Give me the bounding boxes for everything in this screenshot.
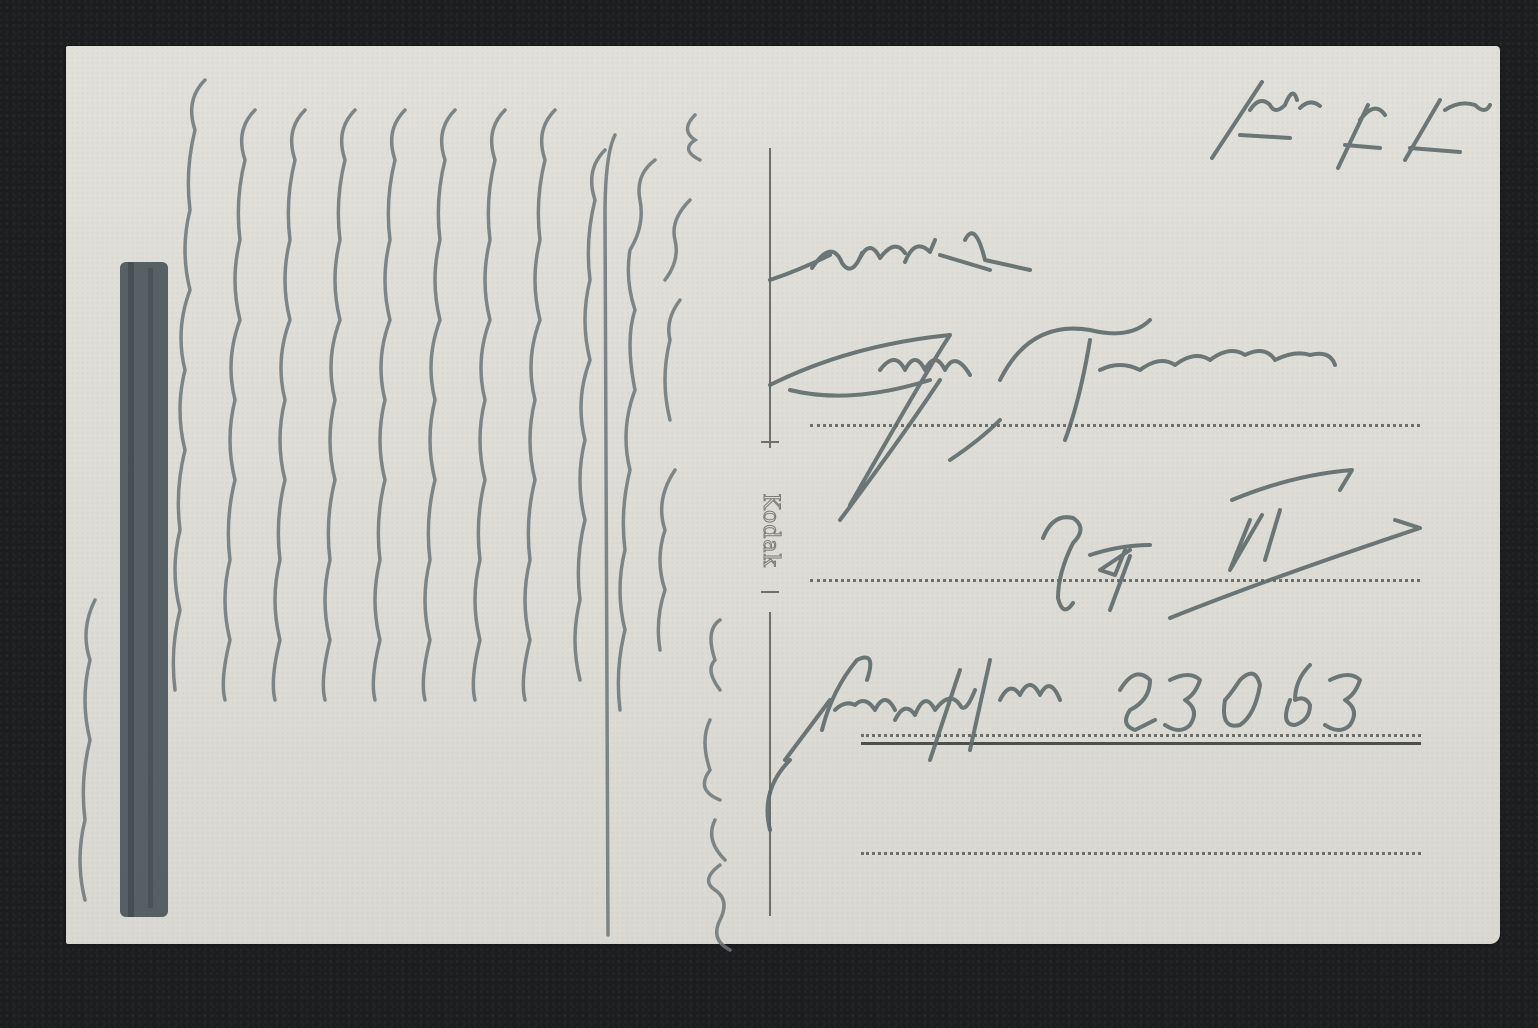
ink-strike-bar <box>120 262 168 917</box>
handwriting-ink <box>0 0 1538 1028</box>
